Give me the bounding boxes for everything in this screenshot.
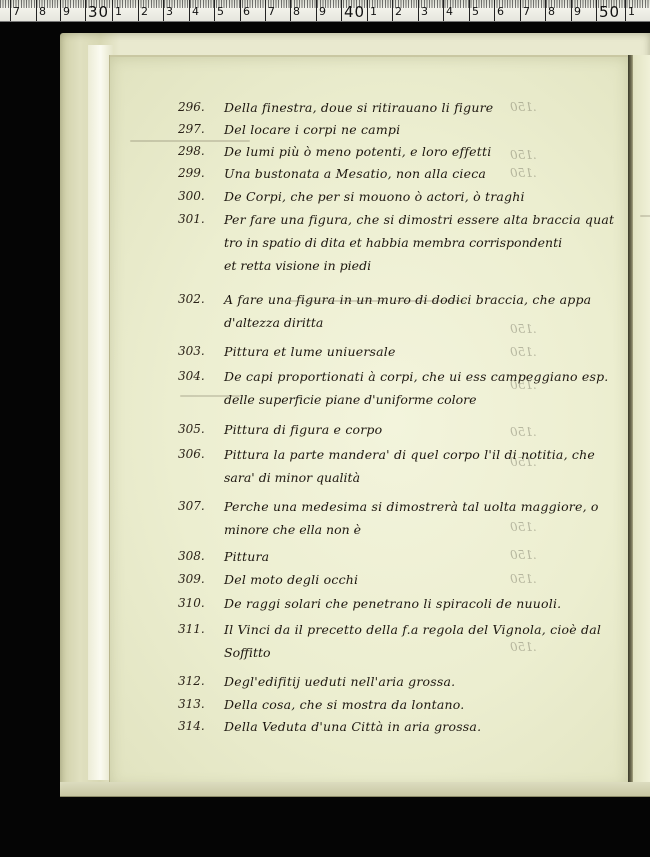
bleed-through-mark: .150 xyxy=(510,455,537,469)
bleed-through-mark: .150 xyxy=(510,322,537,336)
entry-number: 311. xyxy=(178,618,222,641)
index-entry: 312.Degl'edifitij ueduti nell'aria gross… xyxy=(178,670,630,693)
entry-text: De raggi solari che penetrano li spiraco… xyxy=(224,592,630,615)
entry-number: 308. xyxy=(178,545,222,568)
index-entry: 299.Una bustonata a Mesatio, non alla ci… xyxy=(178,162,630,185)
entry-number: 312. xyxy=(178,670,222,693)
entry-number: 304. xyxy=(178,365,222,388)
bleed-through-mark: .150 xyxy=(510,548,537,562)
entry-text-continuation: d'altezza diritta xyxy=(224,311,630,334)
index-entry: 311.Il Vinci da il precetto della f.a re… xyxy=(178,618,630,664)
entry-number: 307. xyxy=(178,495,222,518)
entry-number: 302. xyxy=(178,288,222,311)
entry-number: 296. xyxy=(178,96,222,119)
entry-number: 306. xyxy=(178,443,222,466)
entry-text-continuation: Soffitto xyxy=(224,641,630,664)
index-entry: 306.Pittura la parte mandera' di quel co… xyxy=(178,443,630,489)
entry-number: 313. xyxy=(178,693,222,716)
entry-text-continuation: et retta visione in piedi xyxy=(224,254,630,277)
entry-text: Della finestra, doue si ritirauano li fi… xyxy=(224,96,630,119)
index-entry: 303.Pittura et lume uniuersale xyxy=(178,340,630,363)
bleed-through-mark: .150 xyxy=(510,520,537,534)
entry-text-continuation: minore che ella non è xyxy=(224,518,630,541)
entry-text: Del moto degli occhi xyxy=(224,568,630,591)
entry-text-continuation: sara' di minor qualità xyxy=(224,466,630,489)
index-entry: 309.Del moto degli occhi xyxy=(178,568,630,591)
entry-text: Perche una medesima si dimostrerà tal uo… xyxy=(224,495,630,518)
bleed-through-mark: .150 xyxy=(510,148,537,162)
bleed-through-mark: .150 xyxy=(510,640,537,654)
entry-text-continuation: delle superficie piane d'uniforme colore xyxy=(224,388,630,411)
index-entry: 300.De Corpi, che per si mouono ò actori… xyxy=(178,185,630,208)
entry-number: 301. xyxy=(178,208,222,231)
entry-text: Degl'edifitij ueduti nell'aria grossa. xyxy=(224,670,630,693)
bleed-through-stroke xyxy=(640,215,650,217)
entry-text: Del locare i corpi ne campi xyxy=(224,118,630,141)
bleed-through-stroke xyxy=(130,140,250,142)
entry-number: 305. xyxy=(178,418,222,441)
entry-text: Pittura di figura e corpo xyxy=(224,418,630,441)
bleed-through-mark: .150 xyxy=(510,100,537,114)
entry-text: Della Veduta d'una Città in aria grossa. xyxy=(224,715,630,738)
entry-number: 314. xyxy=(178,715,222,738)
entry-text: De Corpi, che per si mouono ò actori, ò … xyxy=(224,185,630,208)
bleed-through-mark: .150 xyxy=(510,166,537,180)
entry-number: 300. xyxy=(178,185,222,208)
entry-text: De capi proportionati à corpi, che ui es… xyxy=(224,365,630,388)
entry-number: 298. xyxy=(178,140,222,163)
index-entry: 297.Del locare i corpi ne campi xyxy=(178,118,630,141)
bleed-through-mark: .150 xyxy=(510,345,537,359)
bleed-through-mark: .150 xyxy=(510,378,537,392)
index-entry: 307.Perche una medesima si dimostrerà ta… xyxy=(178,495,630,541)
entry-text: Una bustonata a Mesatio, non alla cieca xyxy=(224,162,630,185)
entry-text: Per fare una figura, che si dimostri ess… xyxy=(224,208,630,231)
bleed-through-stroke xyxy=(290,300,385,302)
index-entry: 296.Della finestra, doue si ritirauano l… xyxy=(178,96,630,119)
entry-number: 303. xyxy=(178,340,222,363)
entry-number: 309. xyxy=(178,568,222,591)
index-entry: 301.Per fare una figura, che si dimostri… xyxy=(178,208,630,277)
index-entry: 298.De lumi più ò meno potenti, e loro e… xyxy=(178,140,630,163)
entry-text: Pittura xyxy=(224,545,630,568)
entry-text: Della cosa, che si mostra da lontano. xyxy=(224,693,630,716)
entry-number: 310. xyxy=(178,592,222,615)
index-entry: 305.Pittura di figura e corpo xyxy=(178,418,630,441)
bleed-through-mark: .150 xyxy=(510,425,537,439)
entry-text: Il Vinci da il precetto della f.a regola… xyxy=(224,618,630,641)
bleed-through-mark: .150 xyxy=(510,572,537,586)
bleed-through-stroke xyxy=(396,300,466,302)
entry-number: 299. xyxy=(178,162,222,185)
entry-number: 297. xyxy=(178,118,222,141)
index-entry: 310.De raggi solari che penetrano li spi… xyxy=(178,592,630,615)
index-entry: 314.Della Veduta d'una Città in aria gro… xyxy=(178,715,630,738)
entry-text: Pittura la parte mandera' di quel corpo … xyxy=(224,443,630,466)
index-entry: 304.De capi proportionati à corpi, che u… xyxy=(178,365,630,411)
bleed-through-stroke xyxy=(180,395,240,397)
entry-text: Pittura et lume uniuersale xyxy=(224,340,630,363)
index-entry: 313.Della cosa, che si mostra da lontano… xyxy=(178,693,630,716)
index-entry: 302.A fare una figura in un muro di dodi… xyxy=(178,288,630,334)
manuscript-index-entries: 296.Della finestra, doue si ritirauano l… xyxy=(0,0,650,857)
entry-text: De lumi più ò meno potenti, e loro effet… xyxy=(224,140,630,163)
entry-text-continuation: tro in spatio di dita et habbia membra c… xyxy=(224,231,630,254)
index-entry: 308.Pittura xyxy=(178,545,630,568)
